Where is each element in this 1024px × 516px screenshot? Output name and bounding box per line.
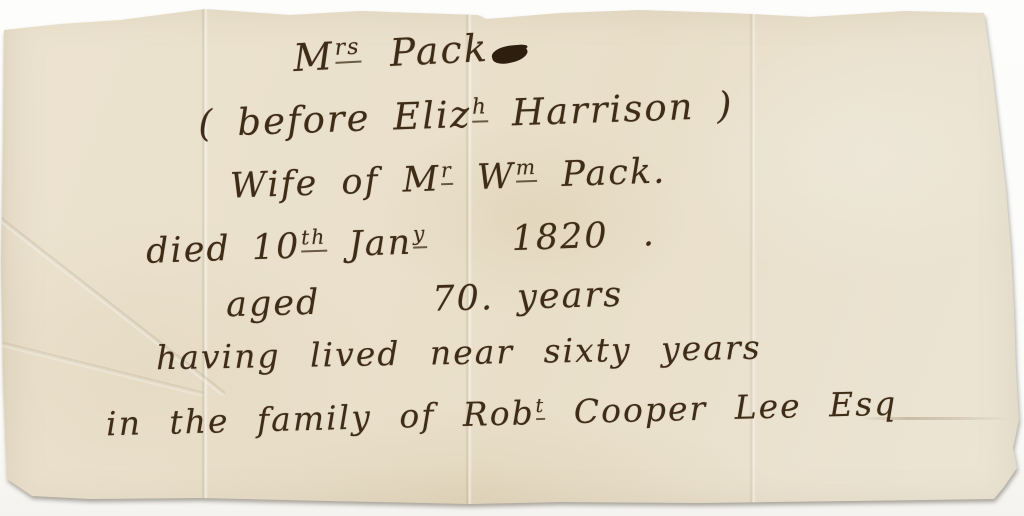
handwriting-line-1: Mrs Pack	[292, 27, 527, 77]
handwriting-line-2: ( before Elizh Harrison )	[198, 87, 735, 143]
text-segment: died 10	[145, 227, 301, 272]
handwriting-line-3: Wife of Mr Wm Pack.	[230, 154, 667, 204]
text-segment: Cooper Lee Esq	[546, 384, 898, 432]
text-segment: Pack	[361, 26, 490, 77]
text-segment: .	[642, 214, 657, 254]
superscript-abbrev: y	[412, 221, 426, 248]
paper-sheet: Mrs Pack ( before Elizh Harrison ) Wife …	[0, 0, 1024, 516]
scan-background: Mrs Pack ( before Elizh Harrison ) Wife …	[0, 0, 1024, 516]
text-segment: Jan	[327, 223, 413, 266]
death-year: 1820	[511, 216, 609, 259]
handwriting-line-6: having lived near sixty years	[156, 331, 762, 375]
text-segment: ( before Eliz	[197, 93, 472, 146]
superscript-abbrev: t	[535, 394, 545, 420]
text-segment: aged	[226, 283, 321, 325]
text-segment: Harrison )	[488, 84, 734, 136]
text-segment: having lived near sixty years	[156, 328, 762, 378]
text-segment: W	[453, 157, 515, 199]
handwriting-line-7: in the family of Robt Cooper Lee Esq	[106, 387, 898, 441]
text-segment: Wife of M	[229, 159, 441, 206]
text-segment: M	[292, 34, 335, 80]
age-value: 70. years	[432, 275, 624, 320]
text-segment: Pack.	[538, 151, 667, 195]
paper-shadow: Mrs Pack ( before Elizh Harrison ) Wife …	[0, 0, 1024, 516]
superscript-abbrev: m	[515, 155, 537, 183]
superscript-abbrev: rs	[334, 35, 361, 64]
superscript-abbrev: h	[472, 94, 489, 123]
superscript-abbrev: r	[441, 158, 454, 185]
superscript-abbrev: th	[301, 225, 327, 253]
handwriting-line-4: died 10th Jany1820.	[146, 217, 657, 270]
handwriting-line-5: aged70. years	[226, 278, 624, 323]
text-segment: in the family of Rob	[106, 393, 536, 443]
fold-crease-vertical-right	[749, 0, 756, 516]
ink-blot	[490, 42, 529, 67]
